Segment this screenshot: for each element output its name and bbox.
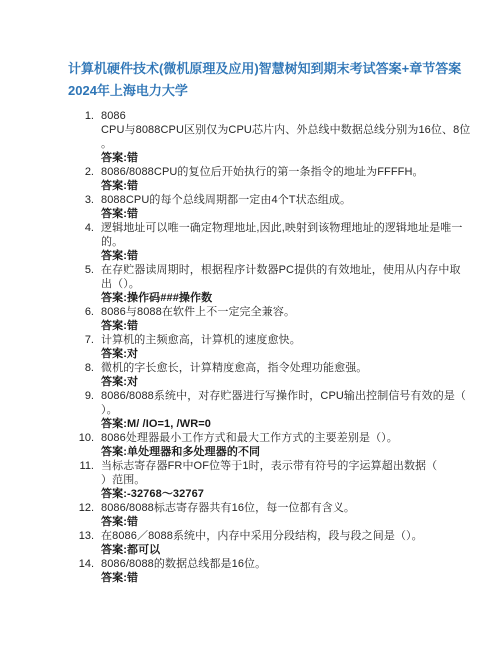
answer-text: 答案:-32768～32767 — [101, 487, 476, 501]
answer-text: 答案:错 — [101, 571, 476, 585]
question-text: 微机的字长愈长，计算精度愈高，指令处理功能愈强。 — [101, 361, 476, 375]
question-text: 8086/8088CPU的复位后开始执行的第一条指令的地址为FFFFH。 — [101, 165, 476, 179]
question-item-12: 12. 8086/8088标志寄存器共有16位，每一位都有含义。 答案:错 — [68, 501, 476, 529]
question-text: 计算机的主频愈高，计算机的速度愈快。 — [101, 333, 476, 347]
page-title-line2: 2024年上海电力大学 — [68, 80, 476, 102]
question-number: 10. — [68, 431, 94, 445]
answer-text: 答案:对 — [101, 375, 476, 389]
question-number: 12. — [68, 501, 94, 515]
question-item-2: 2. 8086/8088CPU的复位后开始执行的第一条指令的地址为FFFFH。 … — [68, 165, 476, 193]
question-number: 3. — [68, 193, 94, 207]
answer-text: 答案:错 — [101, 515, 476, 529]
page-title-line1: 计算机硬件技术(微机原理及应用)智慧树知到期末考试答案+章节答案 — [68, 58, 476, 80]
question-number: 1. — [68, 109, 94, 123]
answer-text: 答案:都可以 — [101, 543, 476, 557]
answer-text: 答案:错 — [101, 207, 476, 221]
question-text: 8086/8088系统中，对存贮器进行写操作时，CPU输出控制信号有效的是（ ）… — [101, 389, 476, 417]
answer-text: 答案:错 — [101, 319, 476, 333]
question-text: 在8086／8088系统中，内存中采用分段结构，段与段之间是（）。 — [101, 529, 476, 543]
question-text: 8086与8088在软件上不一定完全兼容。 — [101, 305, 476, 319]
question-item-9: 9. 8086/8088系统中，对存贮器进行写操作时，CPU输出控制信号有效的是… — [68, 389, 476, 431]
question-text: 8086/8088的数据总线都是16位。 — [101, 557, 476, 571]
question-number: 2. — [68, 165, 94, 179]
question-item-14: 14. 8086/8088的数据总线都是16位。 答案:错 — [68, 557, 476, 585]
question-text: 8088CPU的每个总线周期都一定由4个T状态组成。 — [101, 193, 476, 207]
question-text: 8086处理器最小工作方式和最大工作方式的主要差别是（）。 — [101, 431, 476, 445]
question-text: 在存贮器读周期时，根据程序计数器PC提供的有效地址，使用从内存中取 出（）。 — [101, 263, 476, 291]
question-number: 14. — [68, 557, 94, 571]
question-number: 11. — [68, 459, 94, 473]
answer-text: 答案:M/ /IO=1, /WR=0 — [101, 417, 476, 431]
question-number: 4. — [68, 221, 94, 235]
question-number: 5. — [68, 263, 94, 277]
question-item-4: 4. 逻辑地址可以唯一确定物理地址,因此,映射到该物理地址的逻辑地址是唯一 的。… — [68, 221, 476, 263]
question-item-6: 6. 8086与8088在软件上不一定完全兼容。 答案:错 — [68, 305, 476, 333]
question-number: 8. — [68, 361, 94, 375]
question-text: 当标志寄存器FR中OF位等于1时，表示带有符号的字运算超出数据（ ）范围。 — [101, 459, 476, 487]
answer-text: 答案:错 — [101, 179, 476, 193]
answer-text: 答案:操作码###操作数 — [101, 291, 476, 305]
question-item-1: 1. 8086 CPU与8088CPU区别仅为CPU芯片内、外总线中数据总线分别… — [68, 109, 476, 165]
answer-text: 答案:错 — [101, 151, 476, 165]
question-item-10: 10. 8086处理器最小工作方式和最大工作方式的主要差别是（）。 答案:单处理… — [68, 431, 476, 459]
question-text: 逻辑地址可以唯一确定物理地址,因此,映射到该物理地址的逻辑地址是唯一 的。 — [101, 221, 476, 249]
answer-text: 答案:单处理器和多处理器的不同 — [101, 445, 476, 459]
question-number: 13. — [68, 529, 94, 543]
question-item-3: 3. 8088CPU的每个总线周期都一定由4个T状态组成。 答案:错 — [68, 193, 476, 221]
question-number: 9. — [68, 389, 94, 403]
question-item-13: 13. 在8086／8088系统中，内存中采用分段结构，段与段之间是（）。 答案… — [68, 529, 476, 557]
answer-text: 答案:错 — [101, 249, 476, 263]
question-number: 7. — [68, 333, 94, 347]
question-text: 8086 CPU与8088CPU区别仅为CPU芯片内、外总线中数据总线分别为16… — [101, 109, 476, 151]
page-title: 计算机硬件技术(微机原理及应用)智慧树知到期末考试答案+章节答案 2024年上海… — [68, 58, 476, 102]
question-list: 1. 8086 CPU与8088CPU区别仅为CPU芯片内、外总线中数据总线分别… — [68, 109, 476, 585]
question-item-7: 7. 计算机的主频愈高，计算机的速度愈快。 答案:对 — [68, 333, 476, 361]
question-number: 6. — [68, 305, 94, 319]
question-item-8: 8. 微机的字长愈长，计算精度愈高，指令处理功能愈强。 答案:对 — [68, 361, 476, 389]
question-text: 8086/8088标志寄存器共有16位，每一位都有含义。 — [101, 501, 476, 515]
answer-text: 答案:对 — [101, 347, 476, 361]
question-item-5: 5. 在存贮器读周期时，根据程序计数器PC提供的有效地址，使用从内存中取 出（）… — [68, 263, 476, 305]
document-page: 计算机硬件技术(微机原理及应用)智慧树知到期末考试答案+章节答案 2024年上海… — [0, 0, 500, 647]
question-item-11: 11. 当标志寄存器FR中OF位等于1时，表示带有符号的字运算超出数据（ ）范围… — [68, 459, 476, 501]
